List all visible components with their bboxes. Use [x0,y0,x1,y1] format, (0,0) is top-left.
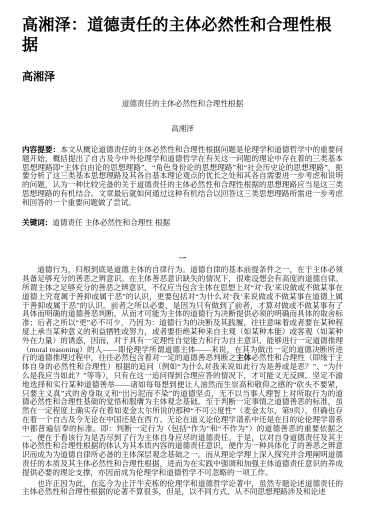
author-byline: 高湘泽 [22,68,343,84]
keywords-text: 道德责任 主体必然性和合理性 根据 [52,218,170,227]
abstract-label: 内容提要： [22,145,60,154]
keywords-block: 关键词：道德责任 主体必然性和合理性 根据 [22,219,343,228]
paragraph-1-text-cont: 必然性和合理性（即缘于主体自身的必然性和合理性）根据的追问（例如“为什么对我来说… [22,353,343,476]
paragraph-2: 也许正因为此，在迄今为止汗牛充栋的伦理学和道德哲学论著中，虽然专题论述道德责任的… [22,480,343,498]
abstract-block: 内容提要：本文从概论道德责任的主体必然性和合理性根据问题是伦理学和道德哲学中的重… [22,146,343,208]
keywords-label: 关键词： [22,218,52,227]
document-author-centered: 高湘泽 [22,123,343,134]
paragraph-1: 道德行为，归根到底是道德主体的自律行为。道德自律的基本前提条件之一，在于主体必须… [22,266,343,477]
paragraph-1-text: 道德行为，归根到底是道德主体的自律行为。道德自律的基本前提条件之一，在于主体必须… [22,265,343,362]
document-title-centered: 道德责任的主体必然性和合理性根据 [22,98,343,109]
page-title: 高湘泽：道德责任的主体必然性和合理性根据 [22,16,343,55]
abstract-text: 本文从概论道德责任的主体必然性和合理性根据问题是伦理学和道德哲学中的重要问题开始… [22,145,343,207]
section-number: 一 [22,253,343,264]
document-page: 高湘泽：道德责任的主体必然性和合理性根据 高湘泽 道德责任的主体必然性和合理性根… [0,0,365,516]
